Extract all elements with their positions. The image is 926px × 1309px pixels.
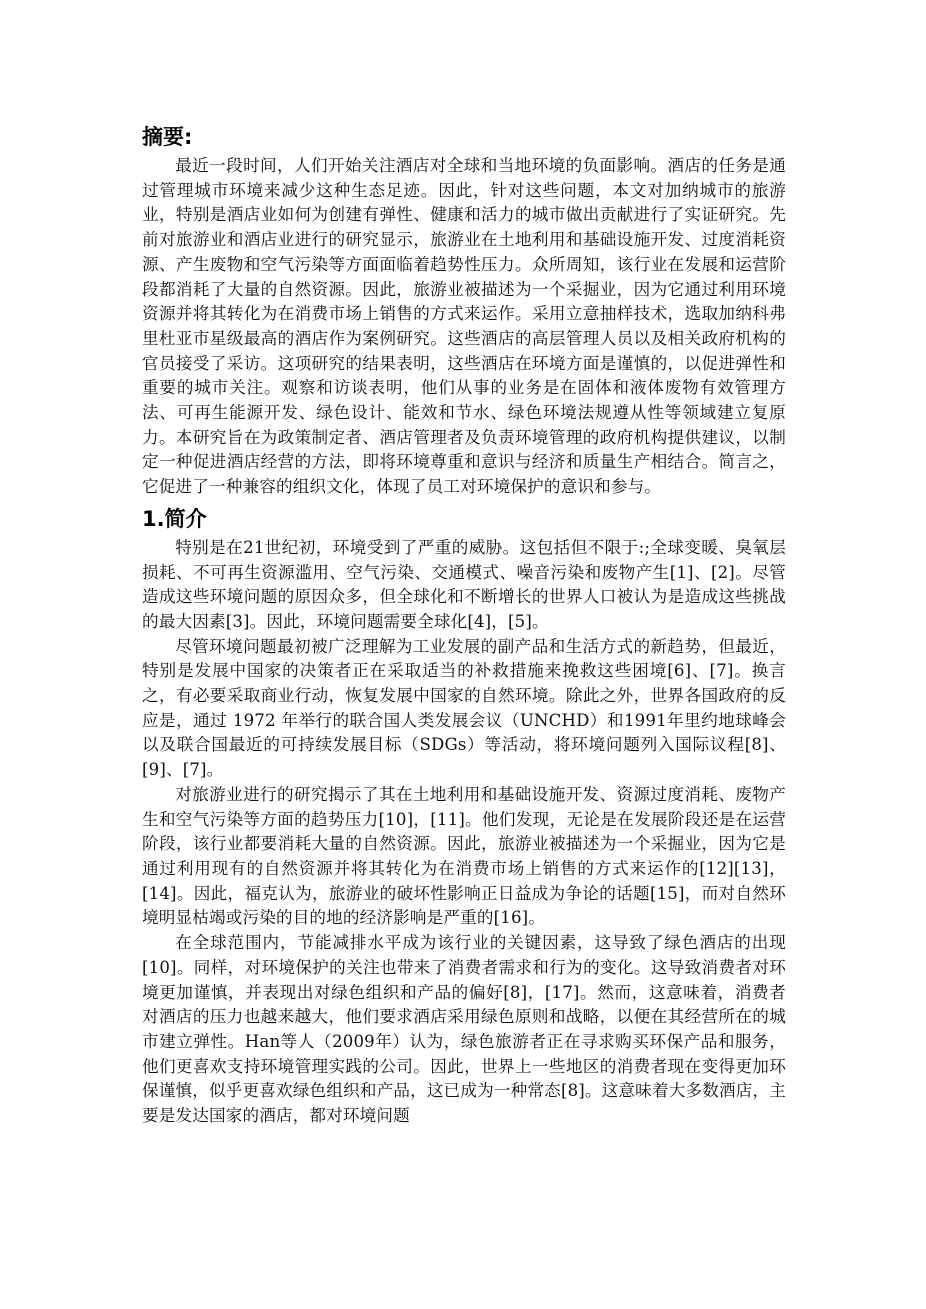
intro-paragraph-4: 在全球范围内，节能减排水平成为该行业的关键因素，这导致了绿色酒店的出现[10]。… xyxy=(142,931,786,1129)
intro-paragraph-2: 尽管环境问题最初被广泛理解为工业发展的副产品和生活方式的新趋势，但最近，特别是发… xyxy=(142,635,786,783)
introduction-heading: 1.简介 xyxy=(142,504,786,534)
document-page: 摘要: 最近一段时间，人们开始关注酒店对全球和当地环境的负面影响。酒店的任务是通… xyxy=(142,122,786,1129)
intro-paragraph-3: 对旅游业进行的研究揭示了其在土地利用和基础设施开发、资源过度消耗、废物产生和空气… xyxy=(142,783,786,931)
abstract-paragraph: 最近一段时间，人们开始关注酒店对全球和当地环境的负面影响。酒店的任务是通过管理城… xyxy=(142,154,786,500)
intro-paragraph-1: 特别是在21世纪初，环境受到了严重的威胁。这包括但不限于:;全球变暖、臭氧层损耗… xyxy=(142,536,786,635)
abstract-heading: 摘要: xyxy=(142,122,786,152)
